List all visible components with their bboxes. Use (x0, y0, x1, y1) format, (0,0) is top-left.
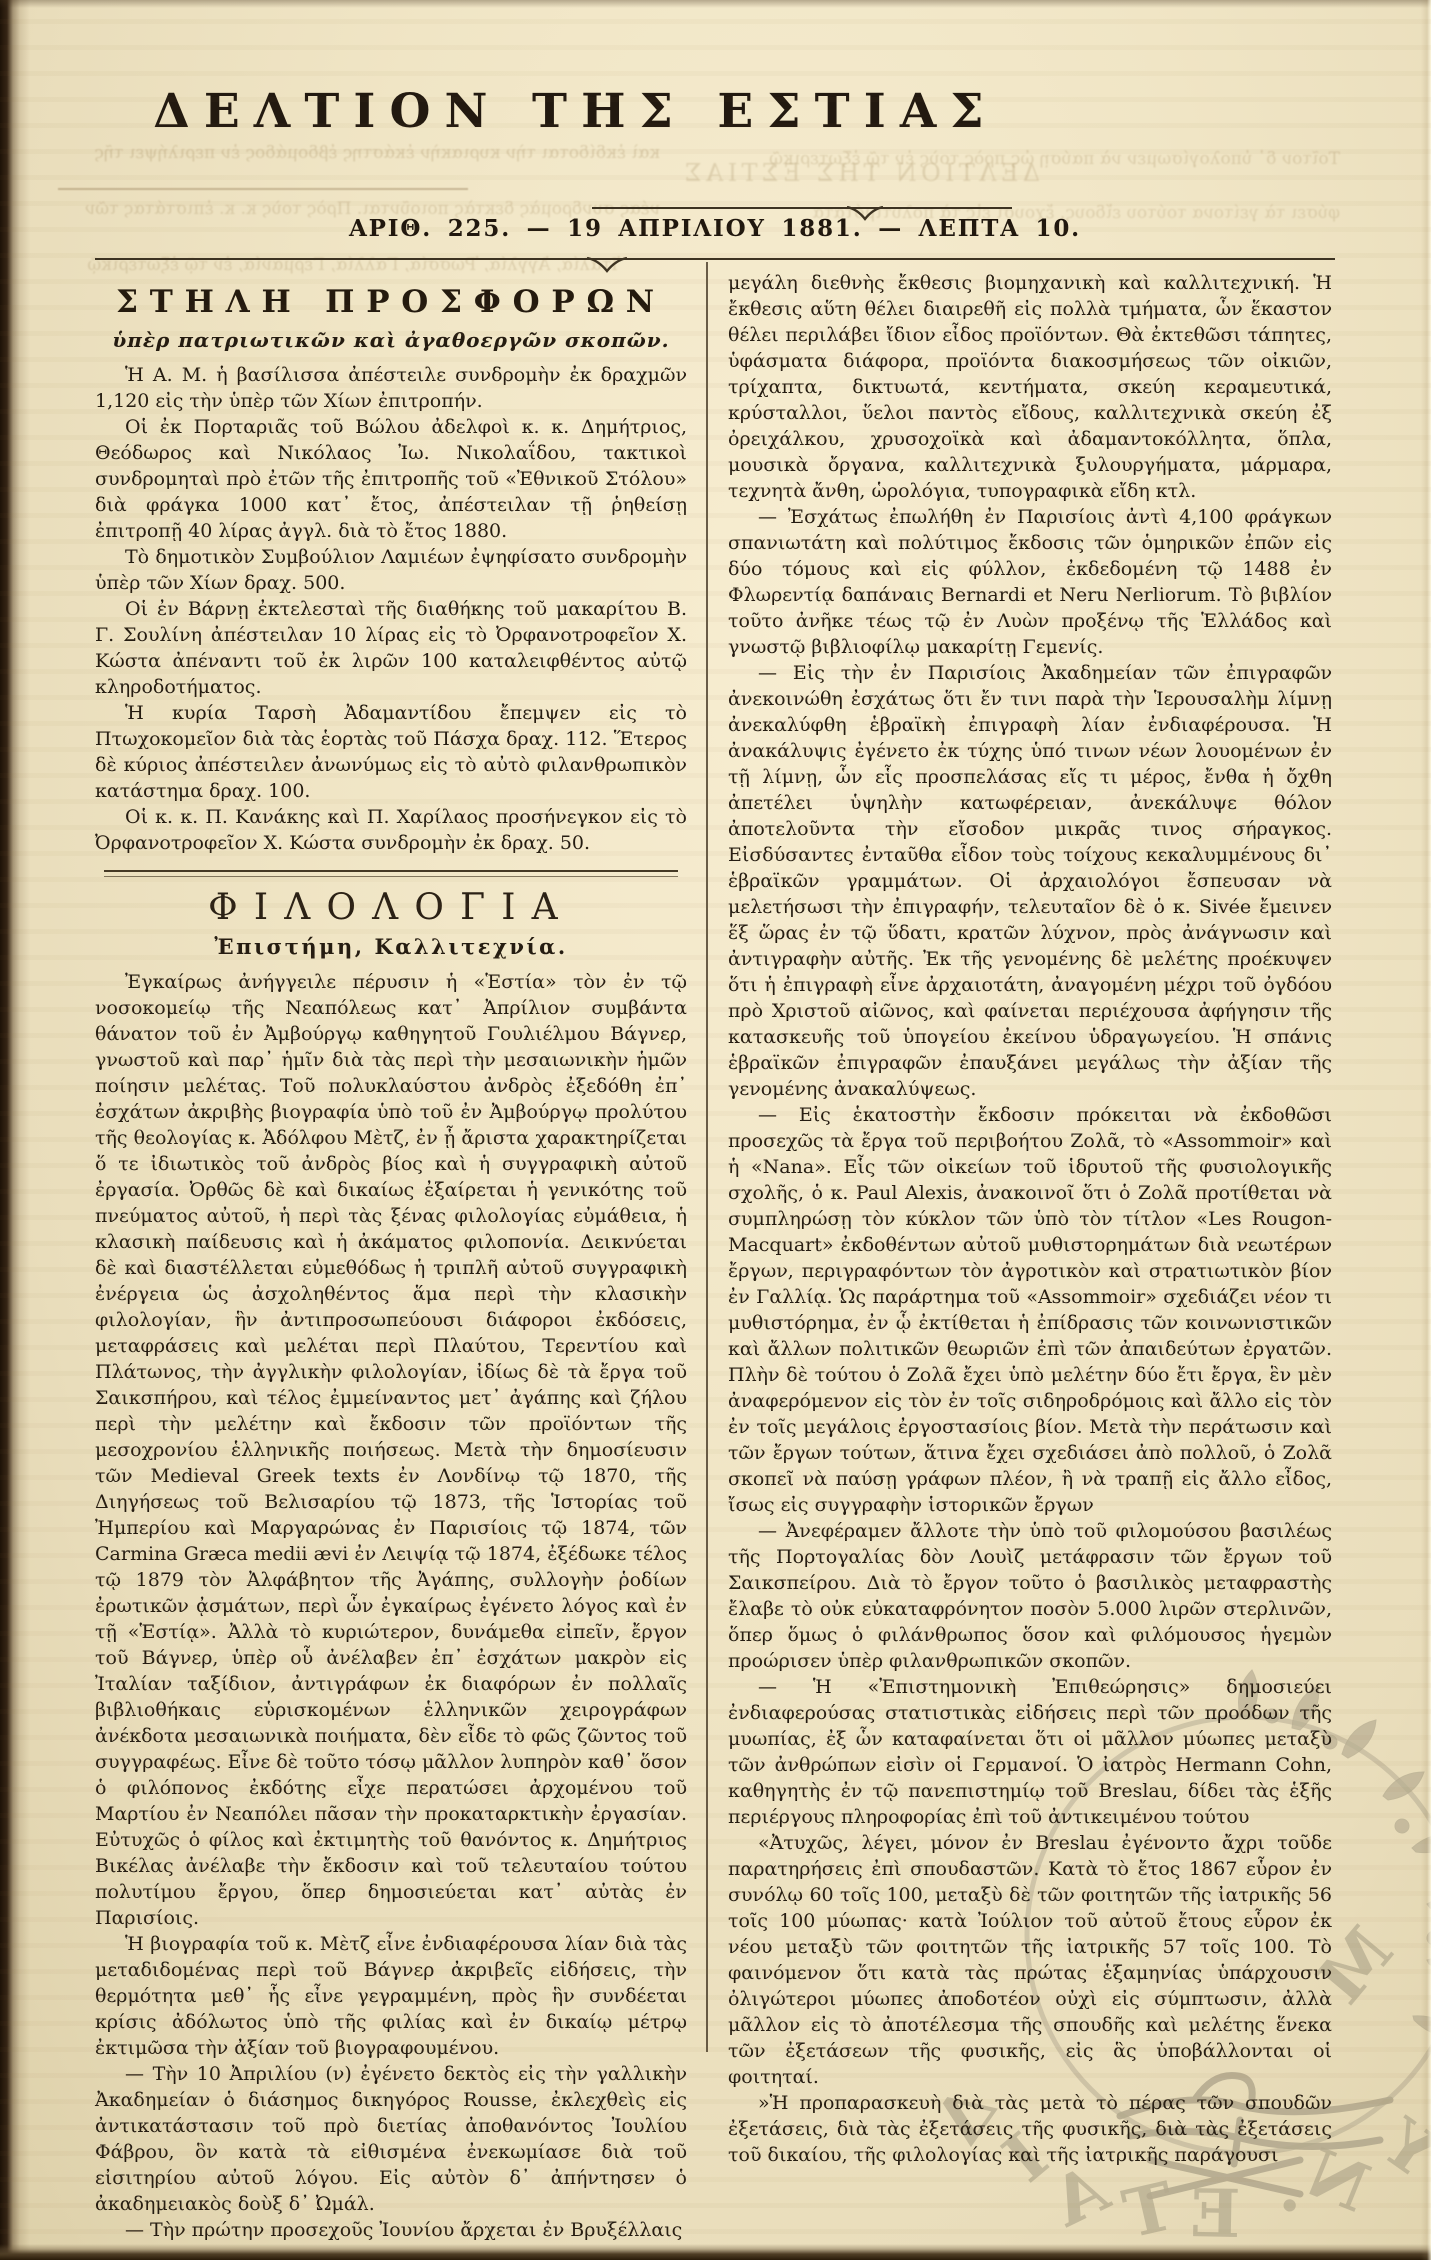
stamp-letter: · (1272, 2165, 1308, 2246)
right-column: μεγάλη διεθνὴς ἔκθεσις βιομηχανικὴ καὶ κ… (728, 270, 1332, 2168)
page-edge-top (0, 0, 1431, 8)
page-title: ΔΕΛΤΙΟΝ ΤΗΣ ΕΣΤΙΑΣ (60, 84, 1091, 139)
page-edge-left (0, 0, 30, 2260)
philology-paragraph: Ἡ βιογραφία τοῦ κ. Μὲτζ εἶνε ἐνδιαφέρουσ… (95, 1931, 687, 2061)
news-paragraph: — Ἀνεφέραμεν ἄλλοτε τὴν ὑπὸ τοῦ φιλομούσ… (728, 1518, 1332, 1674)
philology-paragraph: Ἐγκαίρως ἀνήγγειλε πέρυσιν ἡ «Ἑστία» τὸν… (95, 969, 687, 1931)
philology-paragraph: — Τὴν 10 Ἀπριλίου (ν) ἐγένετο δεκτὸς εἰς… (95, 2061, 687, 2217)
offers-paragraph: Ἡ κυρία Ταρσὴ Ἀδαμαντίδου ἔπεμψεν εἰς τὸ… (95, 700, 687, 804)
newspaper-page: ΔΕΛΤΙΟΝ ΤΗΣ ΕΣΤΙΑΣ καὶ ἐκδίδοται τὴν κυρ… (0, 0, 1431, 2260)
news-paragraph: — Εἰς ἑκατοστὴν ἔκδοσιν πρόκειται νὰ ἐκδ… (728, 1102, 1332, 1518)
news-paragraph: μεγάλη διεθνὴς ἔκθεσις βιομηχανικὴ καὶ κ… (728, 270, 1332, 504)
offers-paragraph: Οἱ ἐκ Πορταριᾶς τοῦ Βώλου ἀδελφοὶ κ. κ. … (95, 414, 687, 544)
bleedthrough-text: καὶ ἐκδίδοται τὴν κυριακὴν ἑκάστης ἑβδομ… (40, 140, 660, 167)
news-paragraph: «Ἀτυχῶς, λέγει, μόνον ἐν Breslau ἐγένοντ… (728, 1830, 1332, 2090)
issue-line: ΑΡΙΘ. 225. — 19 ΑΠΡΙΛΙΟΥ 1881. — ΛΕΠΤΑ 1… (95, 215, 1335, 242)
left-column: ΣΤΗΛΗ ΠΡΟΣΦΟΡΩΝ ὑπὲρ πατριωτικῶν καὶ ἀγα… (95, 280, 687, 2243)
section-title-philology: ΦΙΛΟΛΟΓΙΑ (95, 887, 687, 928)
page-edge-bottom (0, 2244, 1431, 2260)
offers-paragraph: Ἡ Α. Μ. ἡ βασίλισσα ἀπέστειλε συνδρομὴν … (95, 362, 687, 414)
section-divider-rule (104, 870, 678, 877)
section-subtitle-offers: ὑπὲρ πατριωτικῶν καὶ ἀγαθοεργῶν σκοπῶν. (95, 328, 687, 352)
header-rule-top (592, 207, 1012, 209)
bleedthrough-rule (58, 188, 468, 190)
bleedthrough-text: Ἰταλία, Ἀγγλία, Ῥωσσία, Γαλλία, Γερμανία… (60, 252, 620, 279)
philology-paragraph: — Τὴν πρώτην προσεχοῦς Ἰουνίου ἄρχεται ἐ… (95, 2217, 687, 2243)
news-paragraph: — Ἐσχάτως ἐπωλήθη ἐν Παρισίοις ἀντὶ 4,10… (728, 504, 1332, 660)
header-rule-bottom (95, 258, 1335, 260)
news-paragraph: — Ἡ «Ἐπιστημονικὴ Ἐπιθεώρησις» δημοσιεύε… (728, 1674, 1332, 1830)
section-title-offers: ΣΤΗΛΗ ΠΡΟΣΦΟΡΩΝ (95, 284, 687, 320)
bleedthrough-text: Τοῖτον δ᾽ ὑπολογίσωμεν νὰ παύσῃ ὡς πρὸς … (760, 146, 1340, 173)
stamp-letter: Τ (1116, 2167, 1181, 2254)
offers-paragraph: Οἱ κ. κ. Π. Κανάκης καὶ Π. Χαρίλαος προσ… (95, 804, 687, 856)
stamp-letter: Ε (1189, 2174, 1241, 2253)
page-edge-right (1421, 0, 1431, 2260)
offers-paragraph: Οἱ ἐν Βάρνῃ ἐκτελεσταὶ τῆς διαθήκης τοῦ … (95, 596, 687, 700)
news-paragraph: »Ἡ προπαρασκευὴ διὰ τὰς μετὰ τὸ πέρας τῶ… (728, 2090, 1332, 2168)
news-paragraph: — Εἰς τὴν ἐν Παρισίοις Ἀκαδημείαν τῶν ἐπ… (728, 660, 1332, 1102)
offers-paragraph: Τὸ δημοτικὸν Συμβούλιον Λαμιέων ἐψηφίσατ… (95, 544, 687, 596)
rule-chevron-icon (585, 257, 629, 274)
section-subtitle-philology: Ἐπιστήμη, Καλλιτεχνία. (95, 934, 687, 959)
bleedthrough-masthead: ΔΕΛΤΙΟΝ ΤΗΣ ΕΣΤΙΑΣ (620, 160, 1040, 187)
column-divider-rule (706, 262, 708, 2052)
